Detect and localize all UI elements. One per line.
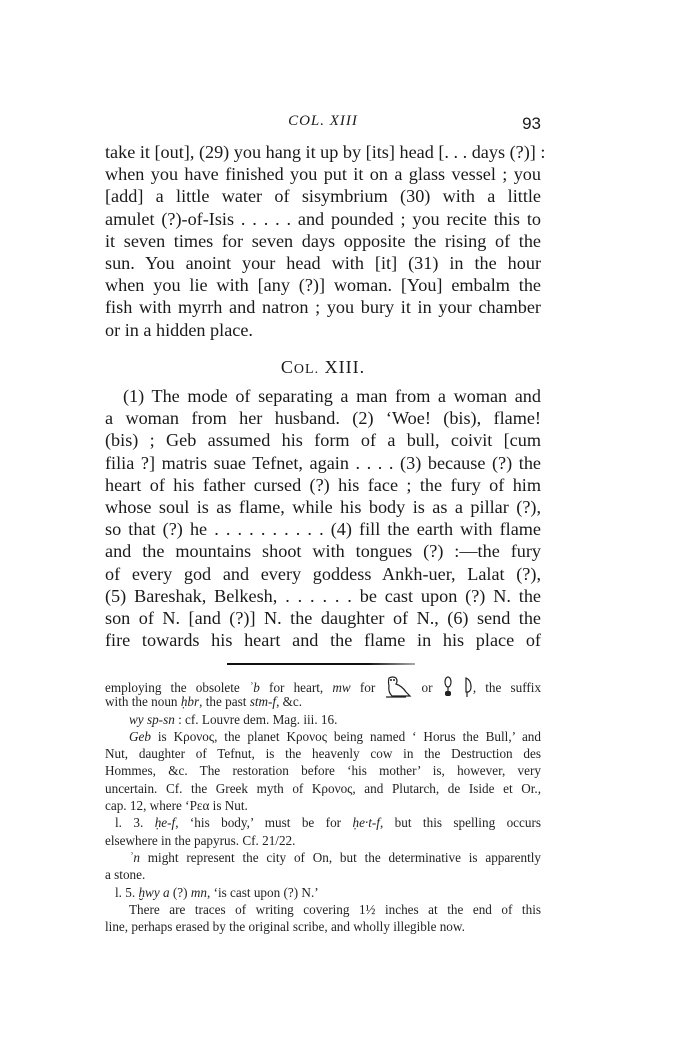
- section-paragraph: (1) The mode of separating a man from a …: [105, 385, 541, 651]
- running-title: COL. XIII: [105, 113, 541, 130]
- note-line: employing the obsolete ʾb for heart, mw …: [105, 676, 541, 693]
- text-line: and the mountains shoot with tongues (?)…: [105, 540, 541, 562]
- note-line: Hommes, &c. The restoration before ‘his …: [105, 762, 541, 779]
- text-line: (1) The mode of separating a man from a …: [105, 385, 541, 407]
- note-italic: ḥe·t-f: [352, 815, 379, 830]
- text-line: amulet (?)-of-Isis . . . . . and pounded…: [105, 208, 541, 230]
- note-italic: ʾn: [129, 850, 140, 865]
- note-line: l. 5. ḫwy a (?) mn, ‘is cast upon (?) N.…: [105, 884, 541, 901]
- note-italic: stm-f: [250, 694, 276, 709]
- continuation-paragraph: take it [out], (29) you hang it up by [i…: [105, 141, 541, 341]
- note-text: for: [351, 680, 385, 695]
- text-line: sun. You anoint your head with [it] (31)…: [105, 252, 541, 274]
- note-line: a stone.: [105, 866, 541, 883]
- note-text: is Κρονος, the planet Κρονος being named…: [151, 729, 541, 744]
- owl-hieroglyph-icon: [384, 676, 412, 702]
- running-head: COL. XIII 93: [105, 110, 541, 134]
- note-italic: wy sp-sn: [129, 712, 175, 727]
- text-line: it seven times for seven days opposite t…: [105, 230, 541, 252]
- text-line: [add] a little water of sisymbrium (30) …: [105, 185, 541, 207]
- footnote-rule: [227, 663, 415, 665]
- text-line: fire towards his heart and the flame in …: [105, 629, 541, 651]
- text-line: fish with myrrh and natron ; you bury it…: [105, 296, 541, 318]
- note-text: with the noun: [105, 694, 181, 709]
- book-page: COL. XIII 93 take it [out], (29) you han…: [0, 0, 680, 1043]
- feather-hieroglyph-icon: [463, 676, 473, 702]
- note-text: l. 5.: [115, 885, 138, 900]
- note-italic: ḥe-f: [155, 815, 176, 830]
- page-number: 93: [522, 114, 541, 134]
- note-line: elsewhere in the papyrus. Cf. 21/22.: [105, 832, 541, 849]
- heading-initial: C: [281, 357, 294, 377]
- text-line: heart of his father cursed (?) his face …: [105, 474, 541, 496]
- note-line: Geb is Κρονος, the planet Κρονος being n…: [105, 728, 541, 745]
- text-line: (bis) ; Geb assumed his form of a bull, …: [105, 429, 541, 451]
- heading-smallcaps: OL.: [294, 362, 319, 377]
- note-text: : cf. Louvre dem. Mag. iii. 16.: [175, 712, 338, 727]
- note-text: might represent the city of On, but the …: [140, 850, 541, 865]
- note-line: with the noun ḥbr, the past stm-f, &c.: [105, 693, 541, 710]
- note-text: , the suffix: [473, 680, 541, 695]
- note-italic: ḥbr: [181, 694, 199, 709]
- note-text: , but this spelling occurs: [380, 815, 541, 830]
- text-line: (5) Bareshak, Belkesh, . . . . . . be ca…: [105, 585, 541, 607]
- footnotes: employing the obsolete ʾb for heart, mw …: [105, 676, 541, 935]
- note-text: , the past: [199, 694, 250, 709]
- text-line: filia ?] matris suae Tefnet, again . . .…: [105, 452, 541, 474]
- note-text: or: [422, 680, 442, 695]
- text-line: or in a hidden place.: [105, 319, 541, 341]
- note-text: , ‘his body,’ must be for: [175, 815, 352, 830]
- note-line: uncertain. Cf. the Greek myth of Κρονος,…: [105, 780, 541, 797]
- text-line: a woman from her husband. (2) ‘Woe! (bis…: [105, 407, 541, 429]
- note-line: cap. 12, where ‘Ρεα is Nut.: [105, 797, 541, 814]
- note-text: , &c.: [276, 694, 302, 709]
- heading-numeral: XIII.: [325, 357, 365, 377]
- text-line: of every god and every goddess Ankh-uer,…: [105, 563, 541, 585]
- note-text: , ‘is cast upon (?) N.’: [207, 885, 319, 900]
- text-line: whose soul is as flame, while his body i…: [105, 496, 541, 518]
- note-line: l. 3. ḥe-f, ‘his body,’ must be for ḥe·t…: [105, 814, 541, 831]
- note-italic: mw: [332, 680, 350, 695]
- note-italic: Geb: [129, 729, 151, 744]
- note-line: Nut, daughter of Tefnut, is the heavenly…: [105, 745, 541, 762]
- text-line: so that (?) he . . . . . . . . . . (4) f…: [105, 518, 541, 540]
- note-italic: ḫwy a: [138, 885, 169, 900]
- note-italic: mn: [191, 885, 207, 900]
- text-line: when you lie with [any (?)] woman. [You]…: [105, 274, 541, 296]
- note-text: (?): [170, 885, 191, 900]
- note-line: ʾn might represent the city of On, but t…: [105, 849, 541, 866]
- text-line: son of N. [and (?)] N. the daughter of N…: [105, 607, 541, 629]
- note-line: There are traces of writing covering 1½ …: [105, 901, 541, 918]
- text-line: when you have finished you put it on a g…: [105, 163, 541, 185]
- text-line: take it [out], (29) you hang it up by [i…: [105, 141, 541, 163]
- note-line: line, perhaps erased by the original scr…: [105, 918, 541, 935]
- note-line: wy sp-sn : cf. Louvre dem. Mag. iii. 16.: [105, 711, 541, 728]
- jar-hieroglyph-icon: [442, 676, 454, 702]
- section-heading: COL. XIII.: [105, 357, 541, 378]
- note-text: l. 3.: [115, 815, 155, 830]
